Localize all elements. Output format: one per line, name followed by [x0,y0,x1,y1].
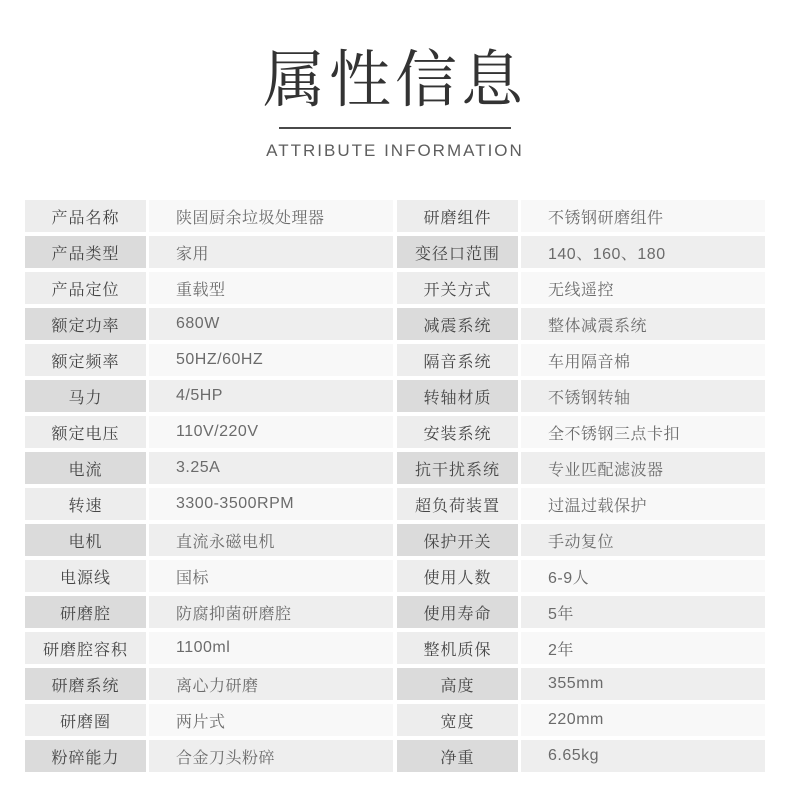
spec-label: 产品名称 [25,200,146,232]
spec-label: 产品类型 [25,236,146,268]
spec-label: 隔音系统 [397,344,518,376]
spec-value: 1100ml [149,632,393,664]
spec-row: 使用人数 6-9人 [397,560,765,592]
spec-label: 变径口范围 [397,236,518,268]
spec-label: 研磨组件 [397,200,518,232]
spec-value: 过温过载保护 [521,488,765,520]
spec-row: 研磨组件 不锈钢研磨组件 [397,200,765,232]
spec-value: 整体减震系统 [521,308,765,340]
spec-row: 研磨腔 防腐抑菌研磨腔 [25,596,393,628]
spec-row: 研磨圈 两片式 [25,704,393,736]
spec-value: 两片式 [149,704,393,736]
spec-label: 安装系统 [397,416,518,448]
spec-label: 电流 [25,452,146,484]
spec-row: 额定电压 110V/220V [25,416,393,448]
spec-value: 140、160、180 [521,236,765,268]
spec-row: 产品类型 家用 [25,236,393,268]
spec-value: 680W [149,308,393,340]
spec-value: 220mm [521,704,765,736]
page-subtitle: ATTRIBUTE INFORMATION [0,141,790,161]
spec-label: 抗干扰系统 [397,452,518,484]
spec-label: 电机 [25,524,146,556]
spec-row: 电机 直流永磁电机 [25,524,393,556]
spec-value: 专业匹配滤波器 [521,452,765,484]
spec-label: 保护开关 [397,524,518,556]
spec-row: 研磨系统 离心力研磨 [25,668,393,700]
spec-value: 6.65kg [521,740,765,772]
spec-value: 家用 [149,236,393,268]
spec-row: 保护开关 手动复位 [397,524,765,556]
spec-value: 直流永磁电机 [149,524,393,556]
spec-row: 抗干扰系统 专业匹配滤波器 [397,452,765,484]
spec-table: 产品名称 陕固厨余垃圾处理器 产品类型 家用 产品定位 重载型 额定功率 680… [25,200,765,776]
spec-row: 转轴材质 不锈钢转轴 [397,380,765,412]
spec-label: 整机质保 [397,632,518,664]
spec-value: 4/5HP [149,380,393,412]
spec-value: 6-9人 [521,560,765,592]
spec-label: 额定电压 [25,416,146,448]
spec-value: 合金刀头粉碎 [149,740,393,772]
spec-row: 额定频率 50HZ/60HZ [25,344,393,376]
spec-value: 国标 [149,560,393,592]
spec-row: 电流 3.25A [25,452,393,484]
spec-row: 马力 4/5HP [25,380,393,412]
spec-label: 电源线 [25,560,146,592]
page-title: 属性信息 [0,50,790,112]
spec-label: 高度 [397,668,518,700]
title-divider [279,127,511,129]
spec-value: 防腐抑菌研磨腔 [149,596,393,628]
spec-column-right: 研磨组件 不锈钢研磨组件 变径口范围 140、160、180 开关方式 无线遥控… [397,200,765,776]
page-header: 属性信息 ATTRIBUTE INFORMATION [0,0,790,161]
spec-row: 变径口范围 140、160、180 [397,236,765,268]
spec-row: 宽度 220mm [397,704,765,736]
spec-row: 额定功率 680W [25,308,393,340]
spec-row: 减震系统 整体减震系统 [397,308,765,340]
spec-label: 净重 [397,740,518,772]
spec-label: 产品定位 [25,272,146,304]
spec-row: 研磨腔容积 1100ml [25,632,393,664]
spec-row: 超负荷装置 过温过载保护 [397,488,765,520]
spec-label: 马力 [25,380,146,412]
spec-value: 3300-3500RPM [149,488,393,520]
spec-value: 重载型 [149,272,393,304]
spec-value: 离心力研磨 [149,668,393,700]
spec-label: 使用人数 [397,560,518,592]
spec-label: 使用寿命 [397,596,518,628]
spec-label: 宽度 [397,704,518,736]
spec-value: 不锈钢研磨组件 [521,200,765,232]
spec-row: 转速 3300-3500RPM [25,488,393,520]
spec-label: 额定功率 [25,308,146,340]
spec-row: 开关方式 无线遥控 [397,272,765,304]
spec-value: 110V/220V [149,416,393,448]
spec-label: 研磨圈 [25,704,146,736]
spec-label: 开关方式 [397,272,518,304]
spec-label: 转速 [25,488,146,520]
spec-column-left: 产品名称 陕固厨余垃圾处理器 产品类型 家用 产品定位 重载型 额定功率 680… [25,200,393,776]
spec-row: 使用寿命 5年 [397,596,765,628]
spec-row: 电源线 国标 [25,560,393,592]
spec-label: 转轴材质 [397,380,518,412]
spec-label: 研磨系统 [25,668,146,700]
spec-value: 2年 [521,632,765,664]
spec-row: 产品名称 陕固厨余垃圾处理器 [25,200,393,232]
spec-row: 净重 6.65kg [397,740,765,772]
spec-label: 粉碎能力 [25,740,146,772]
spec-label: 研磨腔容积 [25,632,146,664]
spec-value: 355mm [521,668,765,700]
spec-row: 高度 355mm [397,668,765,700]
spec-value: 3.25A [149,452,393,484]
spec-value: 不锈钢转轴 [521,380,765,412]
spec-value: 陕固厨余垃圾处理器 [149,200,393,232]
spec-value: 车用隔音棉 [521,344,765,376]
spec-value: 全不锈钢三点卡扣 [521,416,765,448]
spec-label: 减震系统 [397,308,518,340]
spec-label: 研磨腔 [25,596,146,628]
spec-value: 5年 [521,596,765,628]
spec-row: 产品定位 重载型 [25,272,393,304]
spec-row: 整机质保 2年 [397,632,765,664]
spec-row: 隔音系统 车用隔音棉 [397,344,765,376]
spec-value: 50HZ/60HZ [149,344,393,376]
spec-label: 额定频率 [25,344,146,376]
spec-value: 无线遥控 [521,272,765,304]
spec-value: 手动复位 [521,524,765,556]
spec-label: 超负荷装置 [397,488,518,520]
spec-row: 粉碎能力 合金刀头粉碎 [25,740,393,772]
spec-row: 安装系统 全不锈钢三点卡扣 [397,416,765,448]
